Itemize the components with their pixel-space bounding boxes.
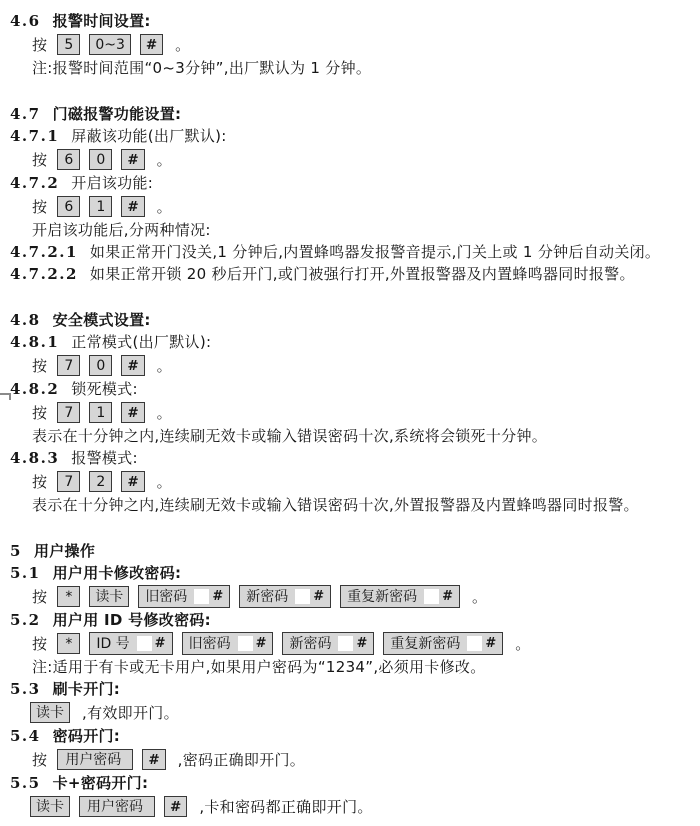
- key-label: #: [146, 34, 157, 56]
- key-label: 0~3: [95, 34, 125, 56]
- line-text: 用户用 ID 号修改密码:: [53, 611, 211, 629]
- section-number: 4.8: [10, 311, 41, 329]
- hash-symbol: #: [313, 586, 324, 608]
- line-text: 注:适用于有卡或无卡用户,如果用户密码为“1234”,必须用卡修改。: [32, 658, 486, 676]
- key-blank-field: [295, 589, 310, 604]
- keypad-key: #: [121, 471, 144, 492]
- keypad-key: 6: [57, 149, 80, 170]
- keypad-key: 读卡: [30, 702, 70, 723]
- section-number: 4.7: [10, 105, 41, 123]
- key-label: 0: [96, 149, 105, 171]
- line-text: 注:报警时间范围“0~3分钟”,出厂默认为 1 分钟。: [32, 59, 371, 77]
- section-heading: 5.2用户用 ID 号修改密码:: [10, 609, 694, 631]
- key-label: 5: [64, 34, 73, 56]
- hash-symbol: #: [155, 633, 166, 655]
- line-text: 用户操作: [34, 542, 95, 560]
- section-number: 4.8.1: [10, 333, 59, 351]
- key-blank-field: [424, 589, 439, 604]
- line-text: 开启该功能后,分两种情况:: [32, 221, 211, 239]
- line-text: 报警模式:: [71, 449, 138, 467]
- section-number: 4.8.2: [10, 380, 59, 398]
- press-label: 按: [32, 586, 47, 608]
- keypad-key: 新密码#: [239, 585, 331, 608]
- key-sequence-row: 按60#。: [10, 147, 694, 172]
- hash-symbol: #: [356, 633, 367, 655]
- keypad-key: 2: [89, 471, 112, 492]
- key-label: 7: [64, 471, 73, 493]
- keypad-key: 7: [57, 471, 80, 492]
- blank-line: [10, 516, 694, 540]
- section-heading: 4.7门磁报警功能设置:: [10, 103, 694, 125]
- key-label: 旧密码: [145, 586, 187, 608]
- body-text-line: 注:适用于有卡或无卡用户,如果用户密码为“1234”,必须用卡修改。: [10, 656, 694, 678]
- section-number: 5.2: [10, 611, 41, 629]
- section-heading: 4.6报警时间设置:: [10, 10, 694, 32]
- keypad-key: 0: [89, 355, 112, 376]
- line-text: 门磁报警功能设置:: [53, 105, 182, 123]
- row-suffix-text: ,卡和密码都正确即开门。: [199, 796, 372, 818]
- keypad-key: #: [121, 196, 144, 217]
- hash-symbol: #: [485, 633, 496, 655]
- press-label: 按: [32, 471, 47, 493]
- key-sequence-row: 按*ID 号#旧密码#新密码#重复新密码#。: [10, 631, 694, 656]
- key-label: 重复新密码: [347, 586, 417, 608]
- section-number: 5: [10, 542, 22, 560]
- keypad-key: #: [142, 749, 165, 770]
- blank-line: [10, 285, 694, 309]
- key-label: 读卡: [95, 586, 123, 608]
- keypad-key: 旧密码#: [138, 585, 230, 608]
- keypad-key: 0: [89, 149, 112, 170]
- key-sequence-row: 按70#。: [10, 353, 694, 378]
- key-blank-field: [238, 636, 253, 651]
- keypad-key: 读卡: [30, 796, 70, 817]
- hash-symbol: #: [256, 633, 267, 655]
- key-label: 用户密码: [65, 749, 121, 771]
- keypad-key: #: [121, 402, 144, 423]
- key-sequence-row: 读卡,有效即开门。: [10, 700, 694, 725]
- line-text: 开启该功能:: [71, 174, 153, 192]
- subsection-line: 4.8.1正常模式(出厂默认):: [10, 331, 694, 353]
- row-suffix-text: 。: [157, 149, 172, 171]
- keypad-key: ID 号#: [89, 632, 172, 655]
- key-sequence-row: 按72#。: [10, 469, 694, 494]
- key-label: 新密码: [246, 586, 288, 608]
- line-text: 表示在十分钟之内,连续刷无效卡或输入错误密码十次,外置报警器及内置蜂鸣器同时报警…: [32, 496, 639, 514]
- keypad-key: #: [121, 355, 144, 376]
- subsection-line: 4.7.2开启该功能:: [10, 172, 694, 194]
- key-blank-field: [467, 636, 482, 651]
- key-sequence-row: 按*读卡旧密码#新密码#重复新密码#。: [10, 584, 694, 609]
- row-suffix-text: 。: [157, 355, 172, 377]
- section-heading: 5.5卡+密码开门:: [10, 772, 694, 794]
- keypad-key: 0~3: [89, 34, 131, 55]
- row-suffix-text: 。: [472, 586, 487, 608]
- key-label: 用户密码: [87, 796, 143, 818]
- section-heading: 4.8安全模式设置:: [10, 309, 694, 331]
- section-number: 4.6: [10, 12, 41, 30]
- press-label: 按: [32, 355, 47, 377]
- line-text: 表示在十分钟之内,连续刷无效卡或输入错误密码十次,系统将会锁死十分钟。: [32, 427, 547, 445]
- key-blank-field: [137, 636, 152, 651]
- subsection-line: 4.8.2锁死模式:: [10, 378, 694, 400]
- subsection-line: 4.7.2.2如果正常开锁 20 秒后开门,或门被强行打开,外置报警器及内置蜂鸣…: [10, 263, 694, 285]
- line-text: 刷卡开门:: [53, 680, 121, 698]
- key-label: 6: [64, 149, 73, 171]
- hash-symbol: #: [212, 586, 223, 608]
- body-text-line: 表示在十分钟之内,连续刷无效卡或输入错误密码十次,外置报警器及内置蜂鸣器同时报警…: [10, 494, 694, 516]
- key-label: #: [148, 749, 159, 771]
- key-sequence-row: 按用户密码#,密码正确即开门。: [10, 747, 694, 772]
- press-label: 按: [32, 149, 47, 171]
- section-number: 4.7.2.2: [10, 265, 78, 283]
- key-label: #: [127, 149, 138, 171]
- keypad-key: 1: [89, 402, 112, 423]
- keypad-key: 重复新密码#: [340, 585, 460, 608]
- line-text: 卡+密码开门:: [53, 774, 149, 792]
- line-text: 密码开门:: [53, 727, 121, 745]
- keypad-key: 7: [57, 402, 80, 423]
- line-text: 如果正常开门没关,1 分钟后,内置蜂鸣器发报警音提示,门关上或 1 分钟后自动关…: [90, 243, 660, 261]
- key-label: *: [65, 633, 72, 655]
- row-suffix-text: 。: [157, 196, 172, 218]
- section-number: 4.7.2: [10, 174, 59, 192]
- blank-line: [10, 79, 694, 103]
- key-label: 0: [96, 355, 105, 377]
- section-number: 5.5: [10, 774, 41, 792]
- line-text: 用户用卡修改密码:: [53, 564, 182, 582]
- keypad-key: 旧密码#: [182, 632, 274, 655]
- keypad-key: #: [164, 796, 187, 817]
- line-text: 报警时间设置:: [53, 12, 151, 30]
- key-label: #: [127, 355, 138, 377]
- key-sequence-row: 按71#。: [10, 400, 694, 425]
- section-number: 5.3: [10, 680, 41, 698]
- document-page: 4.6报警时间设置:按50~3#。注:报警时间范围“0~3分钟”,出厂默认为 1…: [0, 0, 700, 826]
- row-suffix-text: 。: [157, 471, 172, 493]
- line-text: 如果正常开锁 20 秒后开门,或门被强行打开,外置报警器及内置蜂鸣器同时报警。: [90, 265, 635, 283]
- section-heading: 5.4密码开门:: [10, 725, 694, 747]
- subsection-line: 4.8.3报警模式:: [10, 447, 694, 469]
- key-label: 2: [96, 471, 105, 493]
- keypad-key: #: [140, 34, 163, 55]
- keypad-key: 6: [57, 196, 80, 217]
- key-sequence-row: 按50~3#。: [10, 32, 694, 57]
- keypad-key: 重复新密码#: [383, 632, 503, 655]
- section-number: 5.1: [10, 564, 41, 582]
- keypad-key: 新密码#: [282, 632, 374, 655]
- hash-symbol: #: [442, 586, 453, 608]
- key-label: #: [170, 796, 181, 818]
- body-text-line: 开启该功能后,分两种情况:: [10, 219, 694, 241]
- key-blank-field: [338, 636, 353, 651]
- key-label: 1: [96, 402, 105, 424]
- keypad-key: 1: [89, 196, 112, 217]
- key-label: 重复新密码: [390, 633, 460, 655]
- scan-margin-artifact: [0, 393, 11, 400]
- section-heading: 5.1用户用卡修改密码:: [10, 562, 694, 584]
- keypad-key: 7: [57, 355, 80, 376]
- body-text-line: 注:报警时间范围“0~3分钟”,出厂默认为 1 分钟。: [10, 57, 694, 79]
- line-text: 屏蔽该功能(出厂默认):: [71, 127, 226, 145]
- section-number: 4.7.2.1: [10, 243, 78, 261]
- press-label: 按: [32, 34, 47, 56]
- key-label: #: [127, 402, 138, 424]
- row-suffix-text: 。: [157, 402, 172, 424]
- key-label: 7: [64, 402, 73, 424]
- key-label: ID 号: [96, 633, 129, 655]
- section-heading: 5.3刷卡开门:: [10, 678, 694, 700]
- press-label: 按: [32, 633, 47, 655]
- press-label: 按: [32, 196, 47, 218]
- line-text: 锁死模式:: [71, 380, 138, 398]
- key-sequence-row: 读卡用户密码#,卡和密码都正确即开门。: [10, 794, 694, 819]
- section-heading: 5用户操作: [10, 540, 694, 562]
- key-label: #: [127, 471, 138, 493]
- subsection-line: 4.7.1屏蔽该功能(出厂默认):: [10, 125, 694, 147]
- key-label: 旧密码: [189, 633, 231, 655]
- row-suffix-text: ,有效即开门。: [82, 702, 179, 724]
- key-label: 读卡: [36, 796, 64, 818]
- key-label: *: [65, 586, 72, 608]
- section-number: 5.4: [10, 727, 41, 745]
- subsection-line: 4.7.2.1如果正常开门没关,1 分钟后,内置蜂鸣器发报警音提示,门关上或 1…: [10, 241, 694, 263]
- row-suffix-text: 。: [175, 34, 190, 56]
- keypad-key: #: [121, 149, 144, 170]
- keypad-key: *: [57, 586, 80, 607]
- press-label: 按: [32, 402, 47, 424]
- keypad-key: 用户密码: [57, 749, 133, 770]
- keypad-key: *: [57, 633, 80, 654]
- section-number: 4.7.1: [10, 127, 59, 145]
- body-text-line: 表示在十分钟之内,连续刷无效卡或输入错误密码十次,系统将会锁死十分钟。: [10, 425, 694, 447]
- row-suffix-text: 。: [515, 633, 530, 655]
- key-sequence-row: 按61#。: [10, 194, 694, 219]
- key-label: 1: [96, 196, 105, 218]
- key-label: 7: [64, 355, 73, 377]
- keypad-key: 用户密码: [79, 796, 155, 817]
- key-label: 6: [64, 196, 73, 218]
- key-label: 新密码: [289, 633, 331, 655]
- keypad-key: 读卡: [89, 586, 129, 607]
- keypad-key: 5: [57, 34, 80, 55]
- section-number: 4.8.3: [10, 449, 59, 467]
- line-text: 正常模式(出厂默认):: [71, 333, 211, 351]
- key-label: #: [127, 196, 138, 218]
- line-text: 安全模式设置:: [53, 311, 151, 329]
- key-blank-field: [194, 589, 209, 604]
- key-label: 读卡: [36, 702, 64, 724]
- row-suffix-text: ,密码正确即开门。: [178, 749, 305, 771]
- press-label: 按: [32, 749, 47, 771]
